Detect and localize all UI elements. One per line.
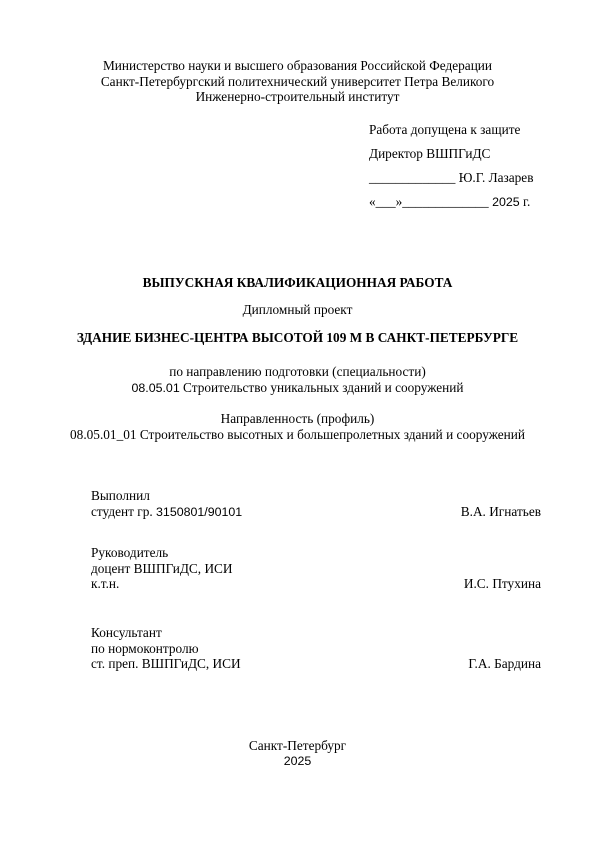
date-day: «___» <box>369 194 402 209</box>
signatory-student: Выполнил студент гр. 3150801/90101 В.А. … <box>91 488 541 519</box>
group-number: 3150801/90101 <box>156 505 242 519</box>
year-suffix: г. <box>520 194 531 209</box>
signatory-supervisor: Руководитель доцент ВШПГиДС, ИСИ к.т.н. … <box>91 545 541 592</box>
signatory-group-row: студент гр. 3150801/90101 В.А. Игнатьев <box>91 504 541 520</box>
signatory-degree-row: к.т.н. И.С. Птухина <box>91 576 541 592</box>
signatory-position: ст. преп. ВШПГиДС, ИСИ <box>91 656 241 671</box>
director-title: Директор ВШПГиДС <box>369 146 569 170</box>
group-prefix: студент гр. <box>91 504 156 519</box>
title-page: Министерство науки и высшего образования… <box>0 0 595 841</box>
institute-name: Инженерно-строительный институт <box>0 89 595 105</box>
signatory-name: В.А. Игнатьев <box>461 504 541 520</box>
organization-header: Министерство науки и высшего образования… <box>0 58 595 105</box>
ministry-name: Министерство науки и высшего образования… <box>0 58 595 74</box>
approval-block: Работа допущена к защите Директор ВШПГиД… <box>369 122 569 218</box>
footer-block: Санкт-Петербург 2025 <box>0 738 595 769</box>
signatory-role: Консультант <box>91 625 541 641</box>
signatory-position: доцент ВШПГиДС, ИСИ <box>91 561 541 577</box>
signatory-position-row: ст. преп. ВШПГиДС, ИСИ Г.А. Бардина <box>91 656 541 672</box>
direction-code: 08.05.01 <box>131 381 179 395</box>
profile-value: 08.05.01_01 Строительство высотных и бол… <box>0 427 595 443</box>
profile-block: Направленность (профиль) 08.05.01_01 Стр… <box>0 411 595 442</box>
approval-date-row: «___»_____________ 2025 г. <box>369 194 569 218</box>
profile-label: Направленность (профиль) <box>0 411 595 427</box>
signature-line: _____________ <box>369 170 455 185</box>
direction-value: 08.05.01 Строительство уникальных зданий… <box>0 380 595 397</box>
signatory-degree: к.т.н. <box>91 576 119 591</box>
project-type: Дипломный проект <box>0 302 595 318</box>
signatory-name: Г.А. Бардина <box>468 656 541 672</box>
work-type-heading: ВЫПУСКНАЯ КВАЛИФИКАЦИОННАЯ РАБОТА <box>0 275 595 291</box>
signatory-role: Выполнил <box>91 488 541 504</box>
admitted-text: Работа допущена к защите <box>369 122 569 146</box>
footer-city: Санкт-Петербург <box>0 738 595 754</box>
direction-name: Строительство уникальных зданий и сооруж… <box>180 380 464 395</box>
signatory-name: И.С. Птухина <box>464 576 541 592</box>
signatory-role-detail: по нормоконтролю <box>91 641 541 657</box>
date-year: 2025 <box>489 195 520 209</box>
signatory-role: Руководитель <box>91 545 541 561</box>
university-name: Санкт-Петербургский политехнический унив… <box>0 74 595 90</box>
direction-block: по направлению подготовки (специальности… <box>0 364 595 396</box>
director-signature-row: _____________ Ю.Г. Лазарев <box>369 170 569 194</box>
signatory-consultant: Консультант по нормоконтролю ст. преп. В… <box>91 625 541 672</box>
date-month-line: _____________ <box>402 194 488 209</box>
direction-label: по направлению подготовки (специальности… <box>0 364 595 380</box>
director-name: Ю.Г. Лазарев <box>455 170 533 185</box>
footer-year: 2025 <box>0 754 595 770</box>
thesis-topic: ЗДАНИЕ БИЗНЕС-ЦЕНТРА ВЫСОТОЙ 109 М В САН… <box>0 330 595 346</box>
